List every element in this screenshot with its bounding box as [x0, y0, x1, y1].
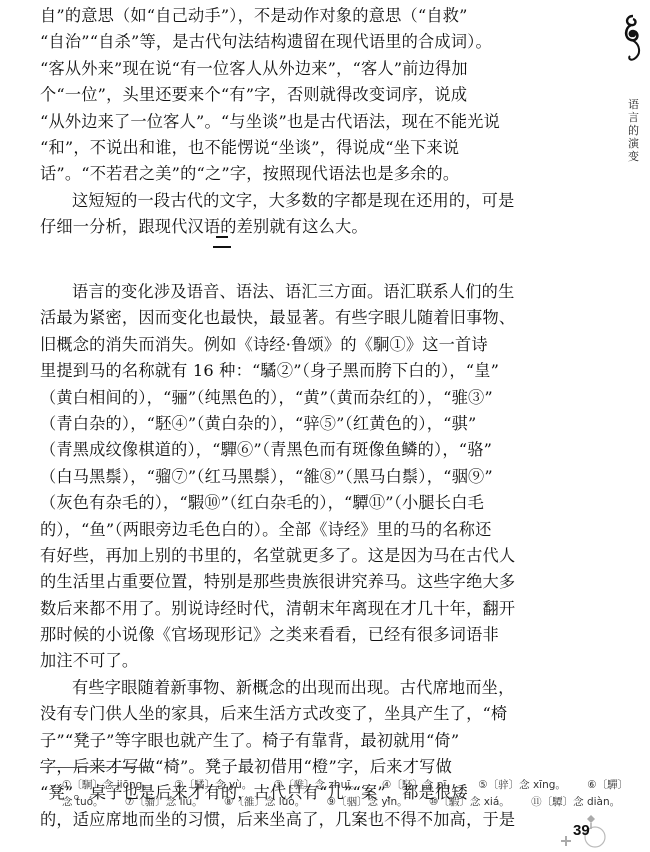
text-line: 旧概念的消失而消失。例如《诗经·鲁颂》的《駉①》这一首诗: [40, 332, 452, 358]
footnote: ③〔骓〕念 zhuī。: [274, 777, 361, 794]
heading-stroke: [216, 236, 228, 238]
text-line: 自”的意思（如“自己动手”），不是动作对象的意思（“自救”: [40, 3, 452, 29]
text-line: 的），“鱼”（两眼旁边毛色白的）。全部《诗经》里的马的名称还: [40, 517, 452, 543]
floral-scroll-icon: [622, 14, 644, 62]
text-line: 这短短的一段古代的文字，大多数的字都是现在还用的，可是: [40, 188, 452, 214]
text-line: （灰色有杂毛的），“騢⑩”（红白杂毛的），“驔⑪”（小腿长白毛: [40, 490, 452, 516]
text-line: 没有专门供人坐的家具，后来生活方式改变了，坐具产生了，“椅: [40, 701, 452, 727]
footnote: ⑩〔騢〕念 xiá。: [429, 794, 510, 811]
text-line: 那时候的小说像《官场现形记》之类来看看，已经有很多词语非: [40, 622, 452, 648]
text-line: 活最为紧密，因而变化也最快，最显著。有些字眼儿随着旧事物、: [40, 305, 452, 331]
text-line: （青白杂的），“駓④”（黄白杂的），“骍⑤”（红黄色的），“骐”: [40, 411, 452, 437]
text-line: 语言的变化涉及语音、语法、语汇三方面。语汇联系人们的生: [40, 279, 452, 305]
footnote: ⑦〔骝〕念 liú。: [125, 794, 203, 811]
footnotes: ①〔駉〕念 jiōng。 ②〔驈〕念 yù。 ③〔骓〕念 zhuī。 ④〔駓〕念…: [62, 777, 622, 811]
footnote-divider: [40, 767, 150, 768]
text-line: （黄白相间的），“骊”（纯黑色的），“黄”（黄而杂红的），“骓③”: [40, 385, 452, 411]
text-line: 有些字眼随着新事物、新概念的出现而出现。古代席地而坐，: [40, 675, 452, 701]
text-line: 加注不可了。: [40, 648, 452, 674]
text-line: 仔细一分析，跟现代汉语的差别就有这么大。: [40, 214, 452, 240]
text-line: 里提到马的名称就有 16 种：“驈②”（身子黑而胯下白的），“皇”: [40, 358, 452, 384]
text-line: “客从外来”现在说“有一位客人从外边来”，“客人”前边得加: [40, 56, 452, 82]
text-line: 话”。“不若君之美”的“之”字，按照现代语法也是多余的。: [40, 161, 452, 187]
page-number: 39: [573, 822, 590, 839]
footnote: ⑧〔雒〕念 luò。: [224, 794, 305, 811]
text-line: 个“一位”，头里还要来个“有”字，否则就得改变词序，说成: [40, 82, 452, 108]
footnote: ②〔驈〕念 yù。: [174, 777, 252, 794]
text-line: （白马黑鬃），“骝⑦”（红马黑鬃），“雒⑧”（黑马白鬃），“骃⑨”: [40, 464, 452, 490]
text-line: 有好些，再加上别的书里的，名堂就更多了。这是因为马在古代人: [40, 543, 452, 569]
footnote: ④〔駓〕念 pī。: [382, 777, 457, 794]
footnote: 念 tuó。: [62, 794, 104, 811]
text-line: “从外边来了一位客人”。“与坐谈”也是古代语法，现在不能光说: [40, 109, 452, 135]
text-line: （青黑成纹像棋道的），“驒⑥”（青黑色而有斑像鱼鳞的），“骆”: [40, 437, 452, 463]
text-line: “自治”“自杀”等，是古代句法结构遗留在现代语里的合成词）。: [40, 29, 452, 55]
footnote: ⑪〔驔〕念 diàn。: [531, 794, 620, 811]
footnote: ⑨〔骃〕念 yīn。: [327, 794, 408, 811]
footnote: ⑤〔骍〕念 xīng。: [478, 777, 566, 794]
text-line: 子”“凳子”等字眼也就产生了。椅子有靠背，最初就用“倚”: [40, 728, 452, 754]
footnote-row: ①〔駉〕念 jiōng。 ②〔驈〕念 yù。 ③〔骓〕念 zhuī。 ④〔駓〕念…: [62, 777, 622, 794]
running-section-title: 语言的演变: [628, 98, 642, 163]
paragraph-continued: 自”的意思（如“自己动手”），不是动作对象的意思（“自救” “自治”“自杀”等，…: [40, 3, 452, 241]
text-line: 数后来都不用了。别说诗经时代，清朝末年离现在才几十年，翻开: [40, 596, 452, 622]
footnote-row: 念 tuó。 ⑦〔骝〕念 liú。 ⑧〔雒〕念 luò。 ⑨〔骃〕念 yīn。 …: [62, 794, 622, 811]
text-line: “和”，不说出和谁，也不能愣说“坐谈”，得说成“坐下来说: [40, 135, 452, 161]
paragraph-vocabulary: 语言的变化涉及语音、语法、语汇三方面。语汇联系人们的生 活最为紧密，因而变化也最…: [40, 279, 452, 833]
footnote: ①〔駉〕念 jiōng。: [62, 777, 153, 794]
section-heading: 二: [213, 232, 237, 256]
text-line: 的生活里占重要位置，特别是那些贵族很讲究养马。这些字绝大多: [40, 569, 452, 595]
heading-stroke: [213, 246, 231, 248]
footnote: ⑥〔驒〕: [587, 777, 628, 794]
